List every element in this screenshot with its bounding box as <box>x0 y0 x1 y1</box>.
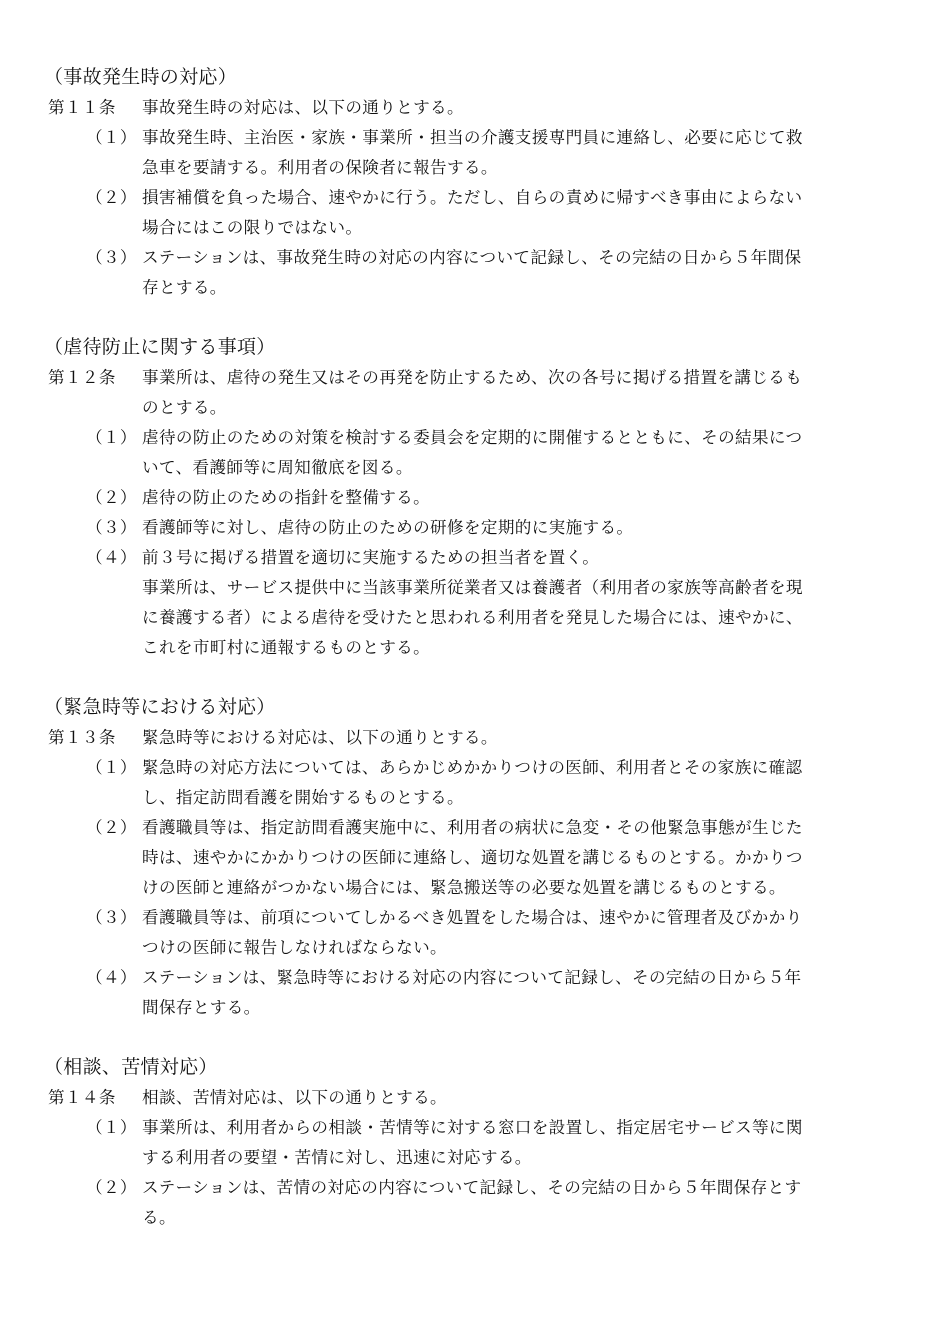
item-text: ステーションは、事故発生時の対応の内容について記録し、その完結の日から５年間保 <box>142 247 801 269</box>
article-text: のとする。 <box>142 397 227 419</box>
item-text: いて、看護師等に周知徹底を図る。 <box>142 457 413 479</box>
item-number: （３） <box>86 247 137 269</box>
article-text: 相談、苦情対応は、以下の通りとする。 <box>142 1087 447 1109</box>
item-text: つけの医師に報告しなければならない。 <box>142 937 447 959</box>
item-text: 間保存とする。 <box>142 997 261 1019</box>
item-number: （２） <box>86 187 137 209</box>
section-heading-abuse-prevention: （虐待防止に関する事項） <box>44 334 276 360</box>
item-text: 看護職員等は、前項についてしかるべき処置をした場合は、速やかに管理者及びかかり <box>142 907 802 929</box>
section-heading-emergency: （緊急時等における対応） <box>44 694 276 720</box>
article-text: 事故発生時の対応は、以下の通りとする。 <box>142 97 464 119</box>
section-heading-consultation: （相談、苦情対応） <box>44 1054 218 1080</box>
item-number: （４） <box>86 967 137 989</box>
item-text: 存とする。 <box>142 277 227 299</box>
item-text: る。 <box>142 1207 176 1229</box>
item-number: （２） <box>86 1177 137 1199</box>
item-text: 看護師等に対し、虐待の防止のための研修を定期的に実施する。 <box>142 517 633 539</box>
item-number: （１） <box>86 1117 137 1139</box>
item-number: （１） <box>86 427 137 449</box>
document-page: （事故発生時の対応） 第１１条 事故発生時の対応は、以下の通りとする。 （１） … <box>0 0 940 1329</box>
item-text: 虐待の防止のための対策を検討する委員会を定期的に開催するとともに、その結果につ <box>142 427 802 449</box>
item-number: （４） <box>86 547 137 569</box>
item-number: （３） <box>86 517 137 539</box>
item-text: ステーションは、苦情の対応の内容について記録し、その完結の日から５年間保存とす <box>142 1177 801 1199</box>
item-text: 急車を要請する。利用者の保険者に報告する。 <box>142 157 498 179</box>
item-text: けの医師と連絡がつかない場合には、緊急搬送等の必要な処置を講じるものとする。 <box>142 877 786 899</box>
article-label: 第１３条 <box>48 727 116 749</box>
item-text: 緊急時の対応方法については、あらかじめかかりつけの医師、利用者とその家族に確認 <box>142 757 802 779</box>
item-number: （３） <box>86 907 137 929</box>
article-text: 事業所は、虐待の発生又はその再発を防止するため、次の各号に掲げる措置を講じるも <box>142 367 802 389</box>
closing-text: に養護する者）による虐待を受けたと思われる利用者を発見した場合には、速やかに、 <box>142 607 803 629</box>
item-text: 前３号に掲げる措置を適切に実施するための担当者を置く。 <box>142 547 599 569</box>
article-label: 第１１条 <box>48 97 116 119</box>
closing-text: これを市町村に通報するものとする。 <box>142 637 430 659</box>
item-text: 場合にはこの限りではない。 <box>142 217 362 239</box>
item-text: する利用者の要望・苦情に対し、迅速に対応する。 <box>142 1147 532 1169</box>
item-text: ステーションは、緊急時等における対応の内容について記録し、その完結の日から５年 <box>142 967 801 989</box>
item-number: （１） <box>86 127 137 149</box>
item-text: 事業所は、利用者からの相談・苦情等に対する窓口を設置し、指定居宅サービス等に関 <box>142 1117 803 1139</box>
article-label: 第１２条 <box>48 367 116 389</box>
item-text: 虐待の防止のための指針を整備する。 <box>142 487 430 509</box>
item-text: し、指定訪問看護を開始するものとする。 <box>142 787 464 809</box>
closing-text: 事業所は、サービス提供中に当該事業所従業者又は養護者（利用者の家族等高齢者を現 <box>142 577 803 599</box>
item-number: （２） <box>86 817 137 839</box>
item-text: 時は、速やかにかかりつけの医師に連絡し、適切な処置を講じるものとする。かかりつ <box>142 847 803 869</box>
article-text: 緊急時等における対応は、以下の通りとする。 <box>142 727 498 749</box>
item-number: （１） <box>86 757 137 779</box>
item-text: 看護職員等は、指定訪問看護実施中に、利用者の病状に急変・その他緊急事態が生じた <box>142 817 803 839</box>
item-number: （２） <box>86 487 137 509</box>
item-text: 損害補償を負った場合、速やかに行う。ただし、自らの責めに帰すべき事由によらない <box>142 187 802 209</box>
item-text: 事故発生時、主治医・家族・事業所・担当の介護支援専門員に連絡し、必要に応じて救 <box>142 127 803 149</box>
section-heading-accident: （事故発生時の対応） <box>44 64 237 90</box>
article-label: 第１４条 <box>48 1087 116 1109</box>
